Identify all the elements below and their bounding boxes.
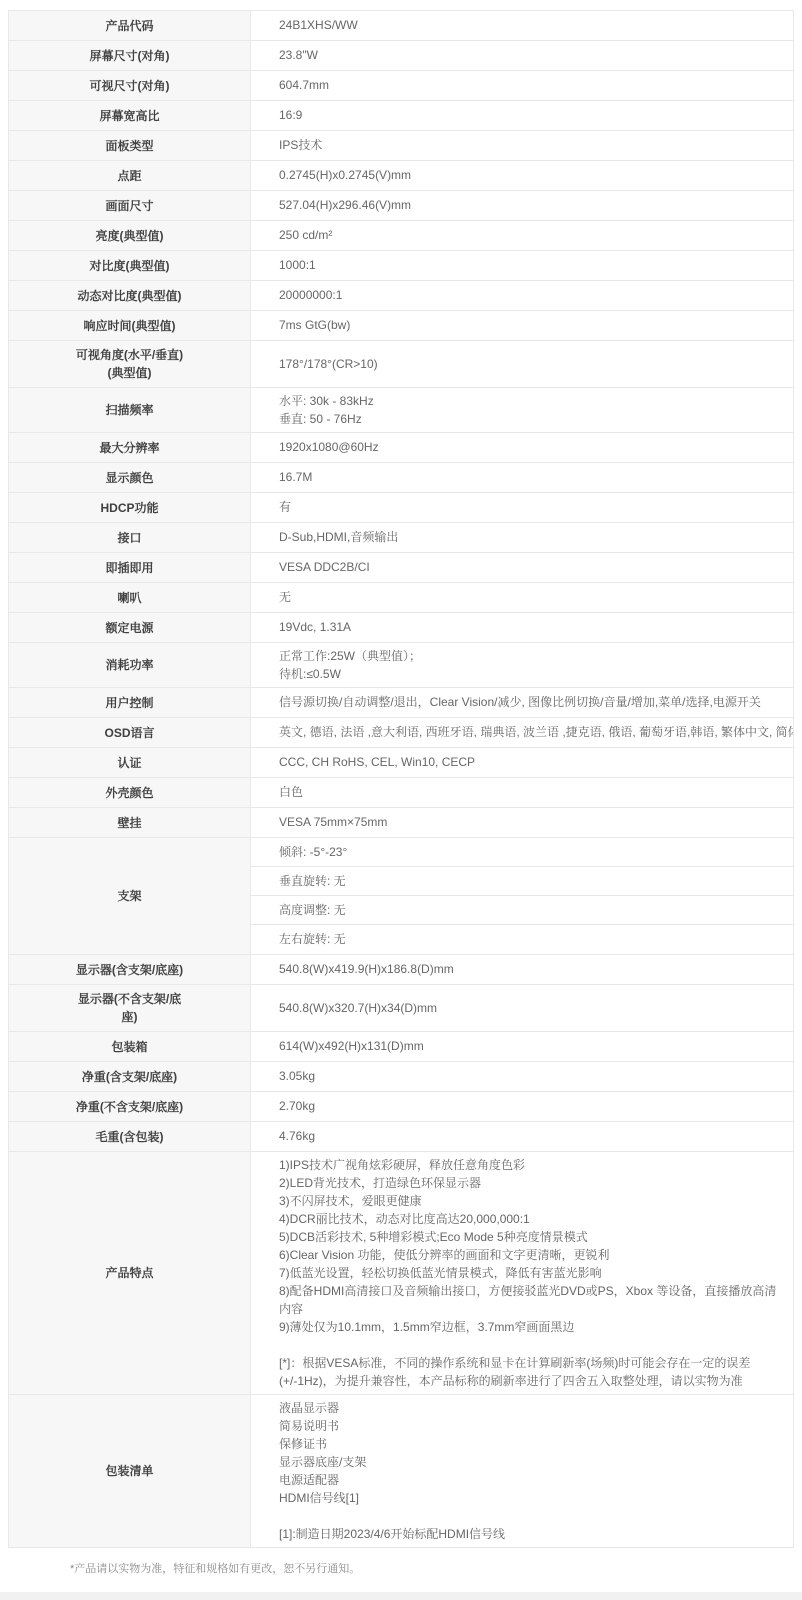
- row-label: 显示颜色: [9, 463, 251, 492]
- row-value: 20000000:1: [251, 281, 793, 310]
- row-label: 额定电源: [9, 613, 251, 642]
- row-value: 250 cd/m²: [251, 221, 793, 250]
- table-row: 产品特点1)IPS技术广视角炫彩硬屏，释放任意角度色彩2)LED背光技术，打造绿…: [9, 1152, 793, 1395]
- value-line: 5)DCB活彩技术, 5种增彩模式;Eco Mode 5种亮度情景模式: [279, 1228, 785, 1246]
- table-row: 面板类型IPS技术: [9, 131, 793, 161]
- table-row: 显示器(不含支架/底座)540.8(W)x320.7(H)x34(D)mm: [9, 985, 793, 1032]
- row-label: 即插即用: [9, 553, 251, 582]
- row-value: VESA 75mm×75mm: [251, 808, 793, 837]
- value-line: [*]：根据VESA标准，不同的操作系统和显卡在计算刷新率(场频)时可能会存在一…: [279, 1354, 785, 1390]
- value-line: 液晶显示器: [279, 1399, 785, 1417]
- table-row: 扫描频率水平: 30k - 83kHz垂直: 50 - 76Hz: [9, 388, 793, 433]
- table-row: 显示颜色16.7M: [9, 463, 793, 493]
- row-value: CCC, CH RoHS, CEL, Win10, CECP: [251, 748, 793, 777]
- row-value: 水平: 30k - 83kHz垂直: 50 - 76Hz: [251, 388, 793, 432]
- row-label: 面板类型: [9, 131, 251, 160]
- row-label: 显示器(不含支架/底座): [9, 985, 251, 1031]
- row-value: 液晶显示器简易说明书保修证书显示器底座/支架电源适配器HDMI信号线[1][1]…: [251, 1395, 793, 1547]
- sub-value: 垂直旋转: 无: [251, 867, 793, 896]
- row-label: 动态对比度(典型值): [9, 281, 251, 310]
- row-value: 正常工作:25W（典型值）；待机:≤0.5W: [251, 643, 793, 687]
- row-label: 对比度(典型值): [9, 251, 251, 280]
- table-row: 壁挂VESA 75mm×75mm: [9, 808, 793, 838]
- table-row: 净重(不含支架/底座)2.70kg: [9, 1092, 793, 1122]
- row-value: 4.76kg: [251, 1122, 793, 1151]
- row-value: 无: [251, 583, 793, 612]
- bottom-bar: [0, 1592, 802, 1600]
- table-row: 可视尺寸(对角)604.7mm: [9, 71, 793, 101]
- table-row: 支架倾斜: -5°-23°垂直旋转: 无高度调整: 无左右旋转: 无: [9, 838, 793, 955]
- row-label: 消耗功率: [9, 643, 251, 687]
- row-label: 产品特点: [9, 1152, 251, 1394]
- table-row: 包装清单液晶显示器简易说明书保修证书显示器底座/支架电源适配器HDMI信号线[1…: [9, 1395, 793, 1548]
- row-value: IPS技术: [251, 131, 793, 160]
- row-value: 英文, 德语, 法语 ,意大利语, 西班牙语, 瑞典语, 波兰语 ,捷克语, 俄…: [251, 718, 793, 747]
- row-value: 16:9: [251, 101, 793, 130]
- row-label: 可视尺寸(对角): [9, 71, 251, 100]
- table-row: 喇叭无: [9, 583, 793, 613]
- row-label: 用户控制: [9, 688, 251, 717]
- value-line: 保修证书: [279, 1435, 785, 1453]
- row-value: 白色: [251, 778, 793, 807]
- row-value: 527.04(H)x296.46(V)mm: [251, 191, 793, 220]
- table-row: 额定电源19Vdc, 1.31A: [9, 613, 793, 643]
- row-value: 2.70kg: [251, 1092, 793, 1121]
- value-line: [279, 1507, 785, 1525]
- row-label: 屏幕宽高比: [9, 101, 251, 130]
- row-label: OSD语言: [9, 718, 251, 747]
- table-row: 响应时间(典型值)7ms GtG(bw): [9, 311, 793, 341]
- row-label: 壁挂: [9, 808, 251, 837]
- table-row: 认证CCC, CH RoHS, CEL, Win10, CECP: [9, 748, 793, 778]
- table-row: 画面尺寸527.04(H)x296.46(V)mm: [9, 191, 793, 221]
- row-value: 540.8(W)x419.9(H)x186.8(D)mm: [251, 955, 793, 984]
- row-label: 亮度(典型值): [9, 221, 251, 250]
- row-label: 接口: [9, 523, 251, 552]
- value-line: 显示器底座/支架: [279, 1453, 785, 1471]
- value-line: 7)低蓝光设置，轻松切换低蓝光情景模式，降低有害蓝光影响: [279, 1264, 785, 1282]
- value-line: 6)Clear Vision 功能，使低分辨率的画面和文字更清晰，更锐利: [279, 1246, 785, 1264]
- table-row: 外壳颜色白色: [9, 778, 793, 808]
- footer-note: *产品请以实物为准，特征和规格如有更改，恕不另行通知。: [70, 1562, 360, 1576]
- row-label: 包装箱: [9, 1032, 251, 1061]
- row-value: 信号源切换/自动调整/退出，Clear Vision/减少, 图像比例切换/音量…: [251, 688, 793, 717]
- table-row: 用户控制信号源切换/自动调整/退出，Clear Vision/减少, 图像比例切…: [9, 688, 793, 718]
- row-label: 包装清单: [9, 1395, 251, 1547]
- row-value: D-Sub,HDMI,音频输出: [251, 523, 793, 552]
- table-row: 毛重(含包装)4.76kg: [9, 1122, 793, 1152]
- row-value: 23.8"W: [251, 41, 793, 70]
- row-value: 0.2745(H)x0.2745(V)mm: [251, 161, 793, 190]
- table-row: 屏幕尺寸(对角)23.8"W: [9, 41, 793, 71]
- value-line: HDMI信号线[1]: [279, 1489, 785, 1507]
- table-row: 即插即用VESA DDC2B/CI: [9, 553, 793, 583]
- value-line: [1]:制造日期2023/4/6开始标配HDMI信号线: [279, 1525, 785, 1543]
- value-line: 垂直: 50 - 76Hz: [279, 410, 785, 428]
- row-label: 屏幕尺寸(对角): [9, 41, 251, 70]
- table-row: 最大分辨率1920x1080@60Hz: [9, 433, 793, 463]
- row-value: 1)IPS技术广视角炫彩硬屏，释放任意角度色彩2)LED背光技术，打造绿色环保显…: [251, 1152, 793, 1394]
- table-row: 屏幕宽高比16:9: [9, 101, 793, 131]
- row-label: 认证: [9, 748, 251, 777]
- table-row: OSD语言英文, 德语, 法语 ,意大利语, 西班牙语, 瑞典语, 波兰语 ,捷…: [9, 718, 793, 748]
- row-value: 3.05kg: [251, 1062, 793, 1091]
- value-line: 3)不闪屏技术，爱眼更健康: [279, 1192, 785, 1210]
- value-line: 待机:≤0.5W: [279, 665, 785, 683]
- table-row: 接口D-Sub,HDMI,音频输出: [9, 523, 793, 553]
- value-line: 8)配备HDMI高清接口及音频输出接口，方便接驳蓝光DVD或PS，Xbox 等设…: [279, 1282, 785, 1318]
- value-line: 简易说明书: [279, 1417, 785, 1435]
- value-line: 1)IPS技术广视角炫彩硬屏，释放任意角度色彩: [279, 1156, 785, 1174]
- value-line: 正常工作:25W（典型值）；: [279, 647, 785, 665]
- table-row: 亮度(典型值)250 cd/m²: [9, 221, 793, 251]
- sub-value: 左右旋转: 无: [251, 925, 793, 954]
- row-value: 有: [251, 493, 793, 522]
- row-value: 16.7M: [251, 463, 793, 492]
- row-value: 614(W)x492(H)x131(D)mm: [251, 1032, 793, 1061]
- row-value: 1000:1: [251, 251, 793, 280]
- table-row: 点距0.2745(H)x0.2745(V)mm: [9, 161, 793, 191]
- value-line: 电源适配器: [279, 1471, 785, 1489]
- row-label: 点距: [9, 161, 251, 190]
- table-row: 净重(含支架/底座)3.05kg: [9, 1062, 793, 1092]
- table-row: 动态对比度(典型值)20000000:1: [9, 281, 793, 311]
- row-value: 604.7mm: [251, 71, 793, 100]
- row-value: 178°/178°(CR>10): [251, 341, 793, 387]
- row-value: 1920x1080@60Hz: [251, 433, 793, 462]
- table-row: 产品代码24B1XHS/WW: [9, 11, 793, 41]
- row-label: 最大分辨率: [9, 433, 251, 462]
- row-label: 可视角度(水平/垂直)(典型值): [9, 341, 251, 387]
- row-label: HDCP功能: [9, 493, 251, 522]
- row-label: 画面尺寸: [9, 191, 251, 220]
- table-row: HDCP功能有: [9, 493, 793, 523]
- value-line: 9)薄处仅为10.1mm，1.5mm窄边框，3.7mm窄画面黑边: [279, 1318, 785, 1336]
- row-label: 净重(含支架/底座): [9, 1062, 251, 1091]
- value-line: 水平: 30k - 83kHz: [279, 392, 785, 410]
- table-row: 包装箱614(W)x492(H)x131(D)mm: [9, 1032, 793, 1062]
- value-line: [279, 1336, 785, 1354]
- table-row: 显示器(含支架/底座)540.8(W)x419.9(H)x186.8(D)mm: [9, 955, 793, 985]
- row-label: 外壳颜色: [9, 778, 251, 807]
- row-value: VESA DDC2B/CI: [251, 553, 793, 582]
- row-label: 产品代码: [9, 11, 251, 40]
- row-label: 支架: [9, 838, 251, 954]
- spec-table: 产品代码24B1XHS/WW屏幕尺寸(对角)23.8"W可视尺寸(对角)604.…: [8, 10, 794, 1548]
- row-value: 24B1XHS/WW: [251, 11, 793, 40]
- row-label: 扫描频率: [9, 388, 251, 432]
- value-line: 2)LED背光技术，打造绿色环保显示器: [279, 1174, 785, 1192]
- row-label: 显示器(含支架/底座): [9, 955, 251, 984]
- row-label: 净重(不含支架/底座): [9, 1092, 251, 1121]
- row-label: 喇叭: [9, 583, 251, 612]
- table-row: 消耗功率正常工作:25W（典型值）；待机:≤0.5W: [9, 643, 793, 688]
- sub-value: 倾斜: -5°-23°: [251, 838, 793, 867]
- table-row: 可视角度(水平/垂直)(典型值)178°/178°(CR>10): [9, 341, 793, 388]
- row-label: 毛重(含包装): [9, 1122, 251, 1151]
- row-value: 540.8(W)x320.7(H)x34(D)mm: [251, 985, 793, 1031]
- row-label: 响应时间(典型值): [9, 311, 251, 340]
- spec-page: 产品代码24B1XHS/WW屏幕尺寸(对角)23.8"W可视尺寸(对角)604.…: [0, 0, 802, 1600]
- value-line: 4)DCR丽比技术，动态对比度高达20,000,000:1: [279, 1210, 785, 1228]
- row-value: 19Vdc, 1.31A: [251, 613, 793, 642]
- row-value: 7ms GtG(bw): [251, 311, 793, 340]
- table-row: 对比度(典型值)1000:1: [9, 251, 793, 281]
- sub-value: 高度调整: 无: [251, 896, 793, 925]
- row-value: 倾斜: -5°-23°垂直旋转: 无高度调整: 无左右旋转: 无: [251, 838, 793, 954]
